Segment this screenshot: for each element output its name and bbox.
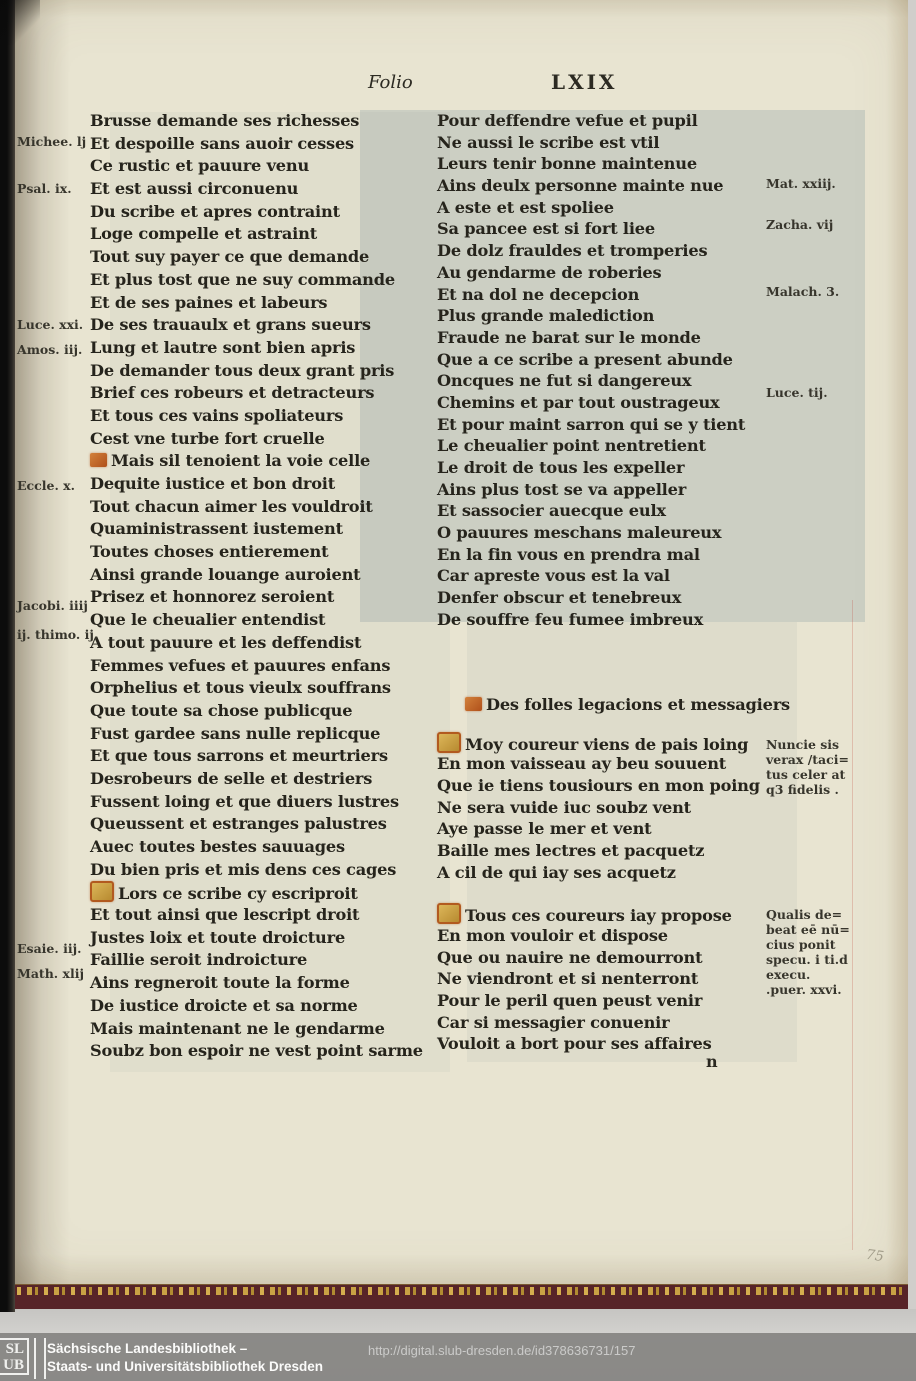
verse-line: Moy coureur viens de pais loing	[437, 732, 789, 754]
verse-line: En mon vaisseau ay beu souuent	[437, 753, 789, 775]
verse-line: Et na dol ne decepcion	[437, 284, 789, 306]
library-footer-bar: SL UB Sächsische Landesbibliothek – Staa…	[0, 1333, 916, 1381]
verse-line: Auec toutes bestes sauuages	[90, 836, 442, 859]
margin-reference-note: Luce. tij.	[766, 385, 828, 400]
margin-reference-note: Amos. iij.	[17, 342, 82, 357]
margin-reference-note: Esaie. iij.	[17, 941, 81, 956]
verse-line: Car si messagier conuenir	[437, 1012, 789, 1034]
margin-reference-note: Nuncie sisverax /taci=tus celer atq3 fid…	[766, 737, 866, 797]
verse-line: Lung et lautre sont bien apris	[90, 337, 442, 360]
verse-line: Ne aussi le scribe est vtil	[437, 132, 789, 154]
verse-line: Tout suy payer ce que demande	[90, 246, 442, 269]
verse-line: Mais maintenant ne le gendarme	[90, 1018, 442, 1041]
verse-line: Ains plus tost se va appeller	[437, 479, 789, 501]
verse-line: Loge compelle et astraint	[90, 223, 442, 246]
verse-line: Ce rustic et pauure venu	[90, 155, 442, 178]
verse-line: De demander tous deux grant pris	[90, 360, 442, 383]
gutter-corner-shadow	[0, 0, 40, 45]
verse-line: Soubz bon espoir ne vest point sarme	[90, 1040, 442, 1063]
margin-reference-note: Mat. xxiij.	[766, 176, 836, 191]
margin-reference-note: ij. thimo. ij.	[17, 627, 98, 642]
illuminated-initial-icon	[437, 903, 461, 924]
verse-line: Et pour maint sarron qui se y tient	[437, 414, 789, 436]
verse-line: Plus grande malediction	[437, 305, 789, 327]
verse-line: Lors ce scribe cy escriproit	[90, 881, 442, 904]
verse-line: Orphelius et tous vieulx souffrans	[90, 677, 442, 700]
section-heading: Des folles legacions et messagiers	[437, 694, 789, 716]
slub-logo-top-letters: SL	[6, 1341, 24, 1357]
verse-line: Le cheualier point nentretient	[437, 435, 789, 457]
verse-line: Et sassocier auecque eulx	[437, 500, 789, 522]
verse-line: Queussent et estranges palustres	[90, 813, 442, 836]
verse-line: Toutes choses entierement	[90, 541, 442, 564]
verse-line: Le droit de tous les expeller	[437, 457, 789, 479]
verse-line: Que le cheualier entendist	[90, 609, 442, 632]
gold-tooling-pattern	[0, 1287, 908, 1295]
library-name-line1: Sächsische Landesbibliothek –	[47, 1340, 323, 1358]
book-spine-gutter	[0, 0, 15, 1312]
verse-line: Ainsi grande louange auroient	[90, 564, 442, 587]
verse-line: Quaministrassent iustement	[90, 518, 442, 541]
margin-reference-note: Michee. lj	[17, 134, 86, 149]
text-column-left: Brusse demande ses richessesEt despoille…	[90, 110, 442, 1063]
verse-line: Fraude ne barat sur le monde	[437, 327, 789, 349]
verse-line: Femmes vefues et pauures enfans	[90, 655, 442, 678]
verse-line: Fussent loing et que diuers lustres	[90, 791, 442, 814]
verse-line: Que ie tiens tousiours en mon poing	[437, 775, 789, 797]
illuminated-initial-icon	[437, 732, 461, 753]
verse-line: Que toute sa chose publicque	[90, 700, 442, 723]
verse-block: Moy coureur viens de pais loingEn mon va…	[437, 732, 789, 884]
verse-line: Tout chacun aimer les vouldroit	[90, 496, 442, 519]
margin-reference-note: Luce. xxi.	[17, 317, 83, 332]
verse-line: Et tout ainsi que lescript droit	[90, 904, 442, 927]
illuminated-initial-icon	[90, 881, 114, 902]
verse-line: Chemins et par tout oustrageux	[437, 392, 789, 414]
verse-line: Et tous ces vains spoliateurs	[90, 405, 442, 428]
manuscript-scan-viewport: Folio LXIX Brusse demande ses richessesE…	[0, 0, 916, 1381]
verse-line: En la fin vous en prendra mal	[437, 544, 789, 566]
verse-line: Ains regneroit toute la forme	[90, 972, 442, 995]
folio-number: LXIX	[551, 70, 617, 94]
verse-line: Ains deulx personne mainte nue	[437, 175, 789, 197]
verse-line: Cest vne turbe fort cruelle	[90, 428, 442, 451]
margin-reference-note: Psal. ix.	[17, 181, 72, 196]
verse-line: Fust gardee sans nulle replicque	[90, 723, 442, 746]
verse-line: Pour le peril quen peust venir	[437, 990, 789, 1012]
verse-line: Brusse demande ses richesses	[90, 110, 442, 133]
pencil-foliation-note: 75	[865, 1247, 885, 1265]
verse-line: Tous ces coureurs iay propose	[437, 903, 789, 925]
library-name-line2: Staats- und Universitätsbibliothek Dresd…	[47, 1358, 323, 1376]
verse-line: De souffre feu fumee imbreux	[437, 609, 789, 631]
verse-line: Desrobeurs de selle et destriers	[90, 768, 442, 791]
verse-line: Prisez et honnorez seroient	[90, 586, 442, 609]
verse-line: Vouloit a bort pour ses affaires	[437, 1033, 789, 1055]
verse-line: Oncques ne fut si dangereux	[437, 370, 789, 392]
gilt-book-edge	[0, 1284, 908, 1310]
verse-line: Du bien pris et mis dens ces cages	[90, 859, 442, 882]
verse-line: A cil de qui iay ses acquetz	[437, 862, 789, 884]
verse-line: Leurs tenir bonne maintenue	[437, 153, 789, 175]
margin-reference-note: Eccle. x.	[17, 478, 75, 493]
verse-line: Et despoille sans auoir cesses	[90, 133, 442, 156]
verse-line: Et de ses paines et labeurs	[90, 292, 442, 315]
source-url-link[interactable]: http://digital.slub-dresden.de/id3786367…	[368, 1343, 635, 1358]
verse-line: Car apreste vous est la val	[437, 565, 789, 587]
margin-reference-note: Malach. 3.	[766, 284, 839, 299]
verse-line: Et que tous sarrons et meurtriers	[90, 745, 442, 768]
verse-line: Ne viendront et si nenterront	[437, 968, 789, 990]
verse-line: Mais sil tenoient la voie celle	[90, 450, 442, 473]
slub-logo-bars	[34, 1338, 46, 1379]
verse-line: Justes loix et toute droicture	[90, 927, 442, 950]
verse-line: Baille mes lectres et pacquetz	[437, 840, 789, 862]
verse-line: Denfer obscur et tenebreux	[437, 587, 789, 609]
verse-line: Que ou nauire ne demourront	[437, 947, 789, 969]
verse-line: Dequite iustice et bon droit	[90, 473, 442, 496]
verse-line: Sa pancee est si fort liee	[437, 218, 789, 240]
verse-line: A tout pauure et les deffendist	[90, 632, 442, 655]
text-column-right: Pour deffendre vefue et pupilNe aussi le…	[437, 110, 789, 1055]
margin-reference-note: Math. xlij	[17, 966, 84, 981]
verse-line: A este et est spoliee	[437, 197, 789, 219]
folio-label: Folio	[368, 72, 413, 93]
margin-reference-note: Qualis de=beat eē nū=cius ponitspecu. i …	[766, 907, 866, 997]
verse-line: Et est aussi circonuenu	[90, 178, 442, 201]
verse-line: Aye passe le mer et vent	[437, 818, 789, 840]
library-name: Sächsische Landesbibliothek – Staats- un…	[47, 1340, 323, 1375]
quire-signature-mark: n	[706, 1052, 718, 1071]
verse-line: Brief ces robeurs et detracteurs	[90, 382, 442, 405]
verse-line: Ne sera vuide iuc soubz vent	[437, 797, 789, 819]
verse-line: Que a ce scribe a present abunde	[437, 349, 789, 371]
verse-line: En mon vouloir et dispose	[437, 925, 789, 947]
margin-reference-note: Zacha. vij	[766, 217, 833, 232]
verse-line: De dolz frauldes et tromperies	[437, 240, 789, 262]
verse-line: Du scribe et apres contraint	[90, 201, 442, 224]
verse-line: Et plus tost que ne suy commande	[90, 269, 442, 292]
verse-line: Au gendarme de roberies	[437, 262, 789, 284]
rubric-paraph-icon	[465, 697, 482, 711]
verse-line: De ses trauaulx et grans sueurs	[90, 314, 442, 337]
slub-logo: SL UB	[0, 1338, 29, 1375]
verse-line: Faillie seroit indroicture	[90, 949, 442, 972]
verse-line: De iustice droicte et sa norme	[90, 995, 442, 1018]
rubric-paraph-icon	[90, 453, 107, 467]
verse-block: Pour deffendre vefue et pupilNe aussi le…	[437, 110, 789, 631]
verse-block: Tous ces coureurs iay proposeEn mon voul…	[437, 903, 789, 1055]
verse-line: Pour deffendre vefue et pupil	[437, 110, 789, 132]
verse-line: O pauures meschans maleureux	[437, 522, 789, 544]
slub-logo-bottom-letters: UB	[3, 1357, 24, 1373]
margin-reference-note: Jacobi. iiij	[17, 598, 88, 613]
